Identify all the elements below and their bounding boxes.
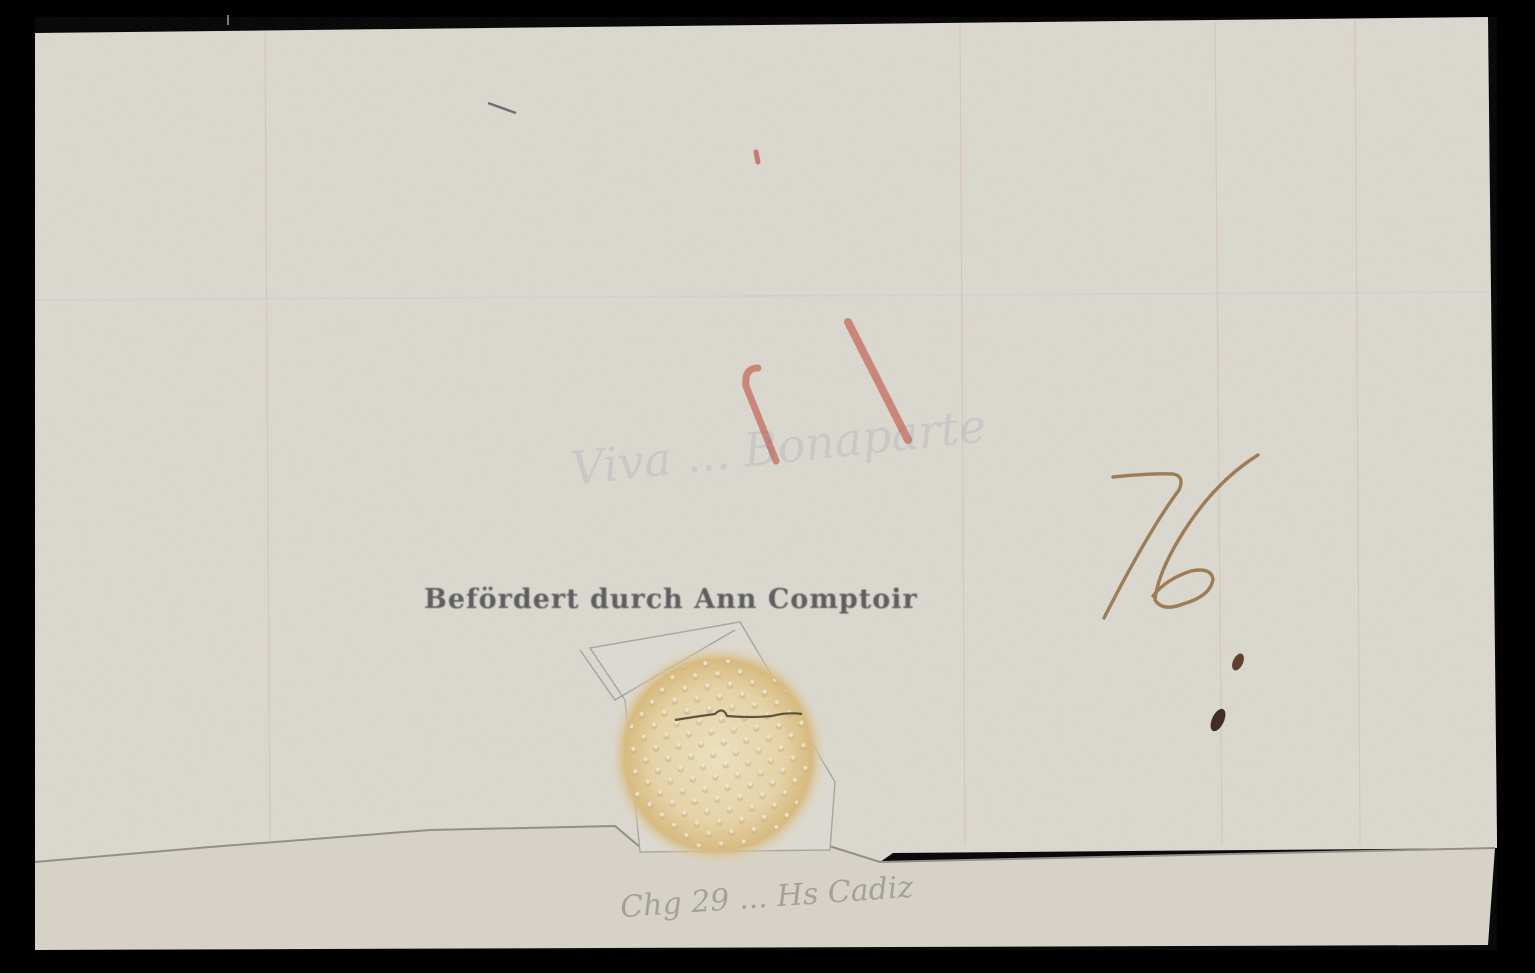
letter-illustration xyxy=(0,0,1535,973)
forwarding-cachet: Befördert durch Ann Comptoir xyxy=(424,584,918,615)
letter-scan: Viva ... Bonaparte Befördert durch Ann C… xyxy=(0,0,1535,973)
